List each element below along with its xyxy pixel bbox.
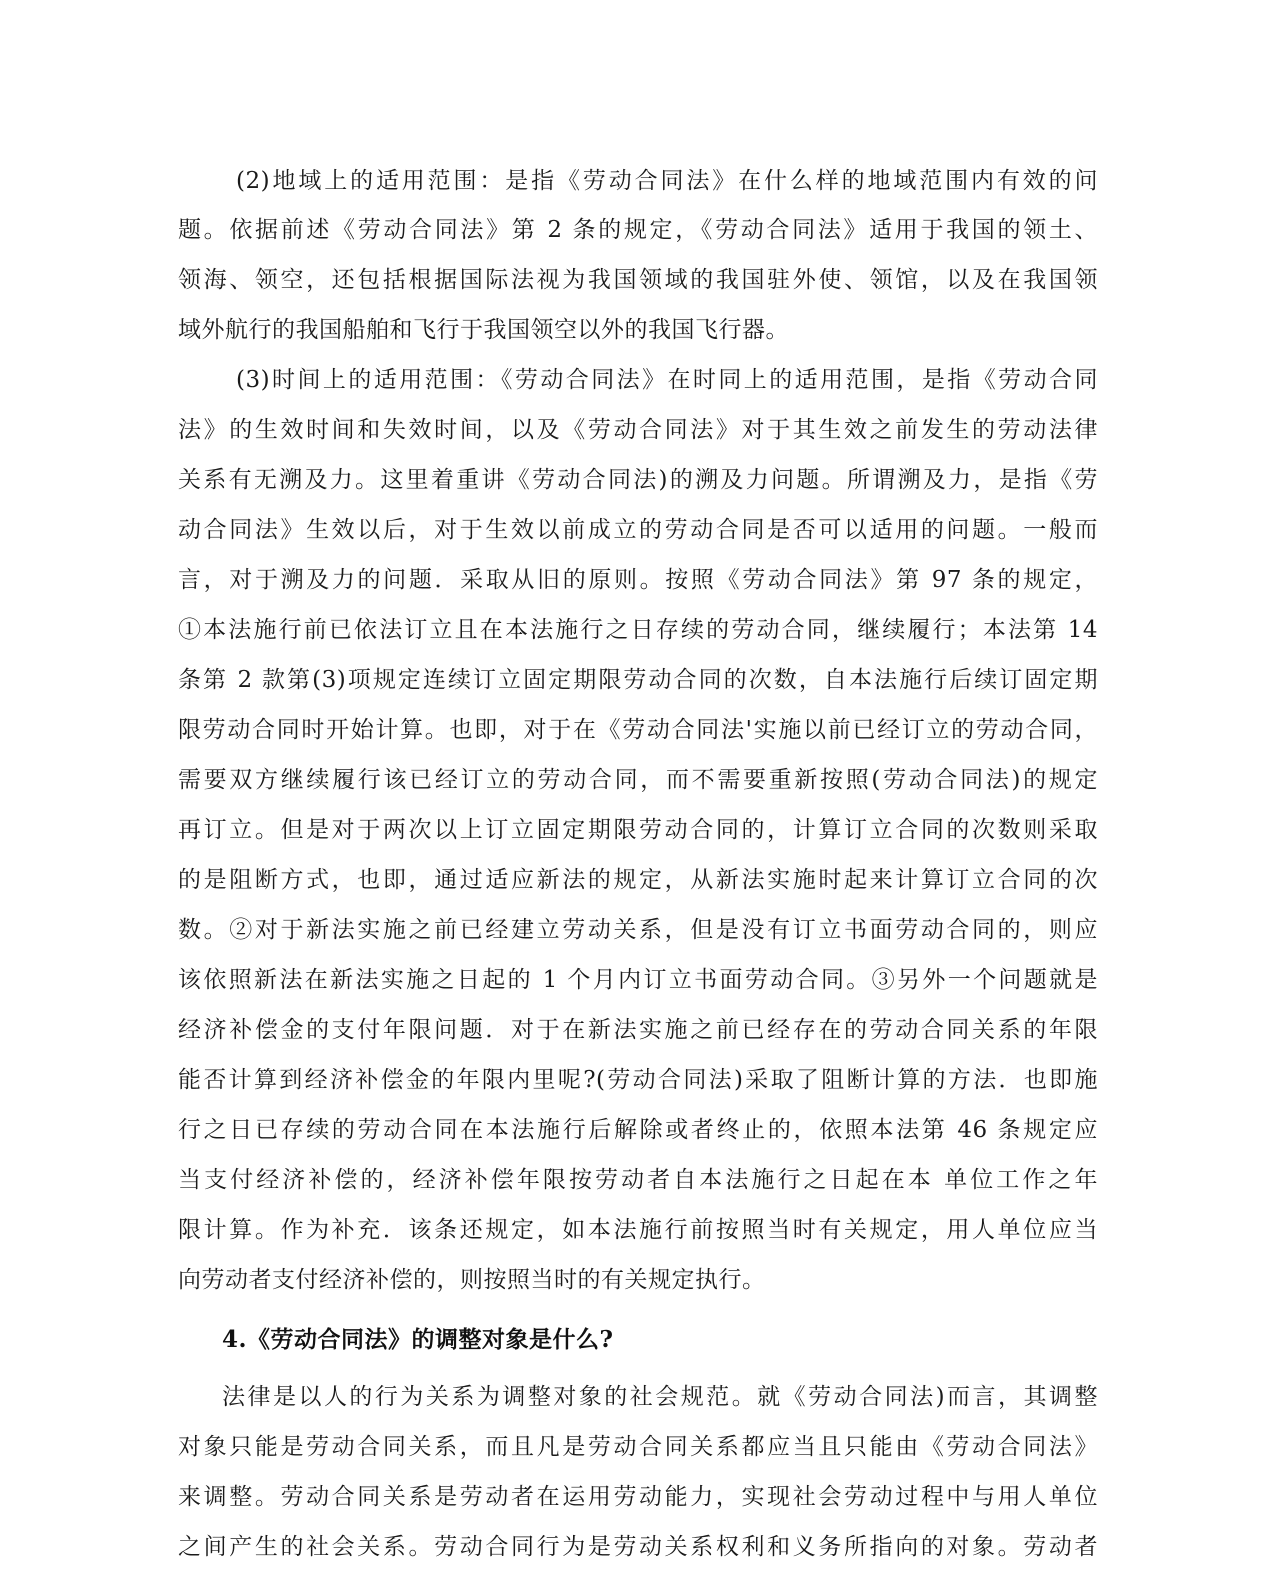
text-line: 条第 2 款第(3)项规定连续订立固定期限劳动合同的次数，自本法施行后续订固定期 (178, 664, 1098, 696)
text-line: 限计算。作为补充．该条还规定，如本法施行前按照当时有关规定，用人单位应当 (178, 1214, 1098, 1246)
text-line: 的是阻断方式，也即，通过适应新法的规定，从新法实施时起来计算订立合同的次 (178, 864, 1098, 896)
text-line: (2)地域上的适用范围：是指《劳动合同法》在什么样的地域范围内有效的问 (236, 165, 1098, 197)
text-line: 向劳动者支付经济补偿的，则按照当时的有关规定执行。 (178, 1264, 1098, 1296)
text-line: 当支付经济补偿的，经济补偿年限按劳动者自本法施行之日起在本 单位工作之年 (178, 1164, 1098, 1196)
text-line: 数。②对于新法实施之前已经建立劳动关系，但是没有订立书面劳动合同的，则应 (178, 914, 1098, 946)
text-line: 限劳动合同时开始计算。也即，对于在《劳动合同法'实施以前已经订立的劳动合同， (178, 714, 1098, 746)
text-line: 言，对于溯及力的问题．采取从旧的原则。按照《劳动合同法》第 97 条的规定， (178, 564, 1098, 596)
text-line: 动合同法》生效以后，对于生效以前成立的劳动合同是否可以适用的问题。一般而 (178, 514, 1098, 546)
text-line: 行之日已存续的劳动合同在本法施行后解除或者终止的，依照本法第 46 条规定应 (178, 1114, 1098, 1146)
section-heading: 4.《劳动合同法》的调整对象是什么? (222, 1323, 614, 1357)
text-line: 再订立。但是对于两次以上订立固定期限劳动合同的，计算订立合同的次数则采取 (178, 814, 1098, 846)
text-line: (3)时间上的适用范围：《劳动合同法》在时同上的适用范围，是指《劳动合同 (236, 364, 1098, 396)
text-line: 经济补偿金的支付年限问题．对于在新法实施之前已经存在的劳动合同关系的年限 (178, 1014, 1098, 1046)
text-line: 域外航行的我国船舶和飞行于我国领空以外的我国飞行器。 (178, 314, 1098, 346)
text-line: 法律是以人的行为关系为调整对象的社会规范。就《劳动合同法)而言，其调整 (222, 1381, 1098, 1413)
text-line: 法》的生效时间和失效时间，以及《劳动合同法》对于其生效之前发生的劳动法律 (178, 414, 1098, 446)
text-line: 对象只能是劳动合同关系，而且凡是劳动合同关系都应当且只能由《劳动合同法》 (178, 1431, 1098, 1463)
text-line: 该依照新法在新法实施之日起的 1 个月内订立书面劳动合同。③另外一个问题就是 (178, 964, 1098, 996)
text-line: 需要双方继续履行该已经订立的劳动合同，而不需要重新按照(劳动合同法)的规定 (178, 764, 1098, 796)
text-line: 领海、领空，还包括根据国际法视为我国领域的我国驻外使、领馆，以及在我国领 (178, 264, 1098, 296)
text-line: ①本法施行前已依法订立且在本法施行之日存续的劳动合同，继续履行；本法第 14 (178, 614, 1098, 646)
text-line: 关系有无溯及力。这里着重讲《劳动合同法)的溯及力问题。所谓溯及力，是指《劳 (178, 464, 1098, 496)
text-line: 能否计算到经济补偿金的年限内里呢?(劳动合同法)采取了阻断计算的方法．也即施 (178, 1064, 1098, 1096)
text-line: 来调整。劳动合同关系是劳动者在运用劳动能力，实现社会劳动过程中与用人单位 (178, 1481, 1098, 1513)
text-line: 之间产生的社会关系。劳动合同行为是劳动关系权利和义务所指向的对象。劳动者 (178, 1531, 1098, 1563)
text-line: 题。依据前述《劳动合同法》第 2 条的规定，《劳动合同法》适用于我国的领土、 (178, 214, 1098, 246)
document-page: (2)地域上的适用范围：是指《劳动合同法》在什么样的地域范围内有效的问 题。依据… (0, 0, 1280, 1573)
